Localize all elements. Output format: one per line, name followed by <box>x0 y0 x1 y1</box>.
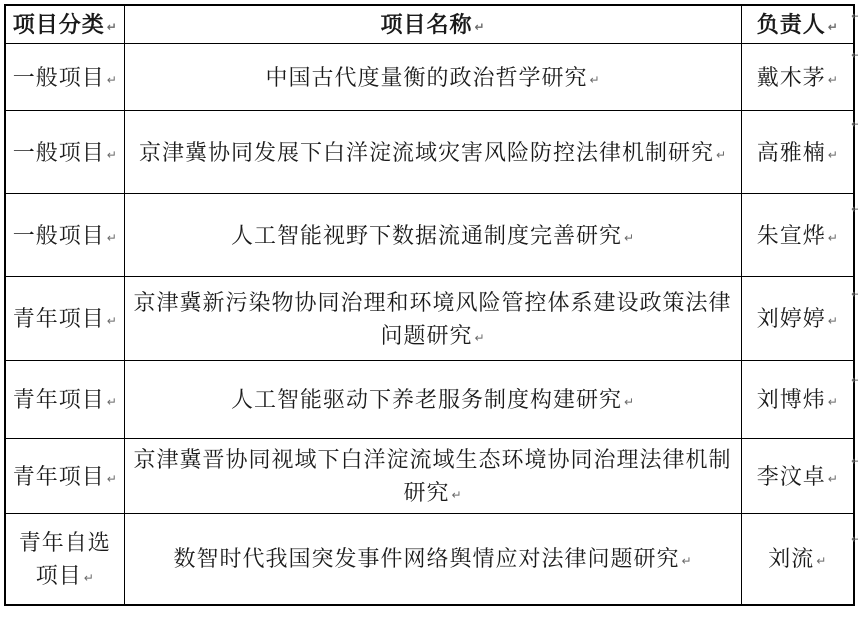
cell-leader: 刘婷婷↵ <box>741 277 854 361</box>
category-text: 一般项目 <box>13 223 105 248</box>
cell-leader: 高雅楠↵ <box>741 111 854 194</box>
project-name-text: 人工智能驱动下养老服务制度构建研究 <box>231 387 622 412</box>
category-text: 青年自选项目 <box>19 530 111 588</box>
project-name-text: 中国古代度量衡的政治哲学研究 <box>265 65 587 90</box>
paragraph-mark-icon: ↵ <box>716 148 726 162</box>
cell-project-name: 数智时代我国突发事件网络舆情应对法律问题研究↵ <box>124 514 741 605</box>
leader-text: 高雅楠 <box>757 140 826 165</box>
paragraph-mark-icon: ↵ <box>828 231 838 245</box>
paragraph-mark-icon: ↵ <box>851 48 858 62</box>
leader-text: 戴木茅 <box>757 65 826 90</box>
paragraph-mark-icon: ↵ <box>624 231 634 245</box>
category-text: 青年项目 <box>13 306 105 331</box>
row-end-marks: ↵ ↵ ↵ ↵ ↵ ↵ ↵ ↵ <box>851 0 858 625</box>
cell-leader: 刘流↵ <box>741 514 854 605</box>
project-name-text: 数智时代我国突发事件网络舆情应对法律问题研究 <box>173 546 679 571</box>
header-leader-label: 负责人 <box>757 12 826 37</box>
paragraph-mark-icon: ↵ <box>624 395 634 409</box>
category-text: 青年项目 <box>13 387 105 412</box>
project-name-text: 京津冀协同发展下白洋淀流域灾害风险防控法律机制研究 <box>139 140 714 165</box>
paragraph-mark-icon: ↵ <box>851 202 858 216</box>
table-row: 青年项目↵ 人工智能驱动下养老服务制度构建研究↵ 刘博炜↵ <box>5 361 854 439</box>
cell-category: 青年项目↵ <box>5 361 124 439</box>
paragraph-mark-icon: ↵ <box>107 148 117 162</box>
paragraph-mark-icon: ↵ <box>851 373 858 387</box>
header-project-category-label: 项目分类 <box>13 12 105 37</box>
cell-project-name: 京津冀新污染物协同治理和环境风险管控体系建设政策法律问题研究↵ <box>124 277 741 361</box>
cell-project-name: 人工智能驱动下养老服务制度构建研究↵ <box>124 361 741 439</box>
header-project-name-label: 项目名称 <box>380 12 472 37</box>
paragraph-mark-icon: ↵ <box>851 287 858 301</box>
cell-project-name: 京津冀协同发展下白洋淀流域灾害风险防控法律机制研究↵ <box>124 111 741 194</box>
project-table: 项目分类↵ 项目名称↵ 负责人↵ 一般项目↵ 中国古代度量衡的政治哲学研究↵ 戴… <box>4 4 855 606</box>
paragraph-mark-icon: ↵ <box>828 472 838 486</box>
paragraph-mark-icon: ↵ <box>851 532 858 546</box>
cell-category: 一般项目↵ <box>5 44 124 111</box>
paragraph-mark-icon: ↵ <box>107 231 117 245</box>
header-project-category: 项目分类↵ <box>5 5 124 44</box>
table-row: 青年项目↵ 京津冀晋协同视域下白洋淀流域生态环境协同治理法律机制研究↵ 李汶卓↵ <box>5 439 854 514</box>
paragraph-mark-icon: ↵ <box>107 472 117 486</box>
cell-category: 青年自选项目↵ <box>5 514 124 605</box>
paragraph-mark-icon: ↵ <box>107 395 117 409</box>
table-row: 青年自选项目↵ 数智时代我国突发事件网络舆情应对法律问题研究↵ 刘流↵ <box>5 514 854 605</box>
leader-text: 刘博炜 <box>757 387 826 412</box>
cell-category: 一般项目↵ <box>5 111 124 194</box>
cell-leader: 李汶卓↵ <box>741 439 854 514</box>
paragraph-mark-icon: ↵ <box>681 554 691 568</box>
cell-project-name: 人工智能视野下数据流通制度完善研究↵ <box>124 194 741 277</box>
paragraph-mark-icon: ↵ <box>107 314 117 328</box>
paragraph-mark-icon: ↵ <box>474 331 484 345</box>
header-project-name: 项目名称↵ <box>124 5 741 44</box>
table-row: 青年项目↵ 京津冀新污染物协同治理和环境风险管控体系建设政策法律问题研究↵ 刘婷… <box>5 277 854 361</box>
paragraph-mark-icon: ↵ <box>851 9 858 23</box>
project-name-text: 人工智能视野下数据流通制度完善研究 <box>231 223 622 248</box>
leader-text: 刘婷婷 <box>757 306 826 331</box>
cell-category: 青年项目↵ <box>5 277 124 361</box>
leader-text: 李汶卓 <box>757 464 826 489</box>
paragraph-mark-icon: ↵ <box>828 148 838 162</box>
cell-leader: 朱宣烨↵ <box>741 194 854 277</box>
cell-leader: 刘博炜↵ <box>741 361 854 439</box>
paragraph-mark-icon: ↵ <box>816 554 826 568</box>
cell-project-name: 中国古代度量衡的政治哲学研究↵ <box>124 44 741 111</box>
paragraph-mark-icon: ↵ <box>851 117 858 131</box>
paragraph-mark-icon: ↵ <box>107 73 117 87</box>
cell-project-name: 京津冀晋协同视域下白洋淀流域生态环境协同治理法律机制研究↵ <box>124 439 741 514</box>
cell-category: 青年项目↵ <box>5 439 124 514</box>
paragraph-mark-icon: ↵ <box>451 488 461 502</box>
category-text: 青年项目 <box>13 464 105 489</box>
category-text: 一般项目 <box>13 65 105 90</box>
leader-text: 刘流 <box>768 546 814 571</box>
cell-leader: 戴木茅↵ <box>741 44 854 111</box>
table-row: 一般项目↵ 中国古代度量衡的政治哲学研究↵ 戴木茅↵ <box>5 44 854 111</box>
paragraph-mark-icon: ↵ <box>474 20 484 34</box>
category-text: 一般项目 <box>13 140 105 165</box>
header-leader: 负责人↵ <box>741 5 854 44</box>
paragraph-mark-icon: ↵ <box>828 73 838 87</box>
paragraph-mark-icon: ↵ <box>84 571 94 585</box>
project-name-text: 京津冀晋协同视域下白洋淀流域生态环境协同治理法律机制研究 <box>133 447 731 505</box>
paragraph-mark-icon: ↵ <box>828 314 838 328</box>
paragraph-mark-icon: ↵ <box>828 395 838 409</box>
leader-text: 朱宣烨 <box>757 223 826 248</box>
paragraph-mark-icon: ↵ <box>828 20 838 34</box>
header-row: 项目分类↵ 项目名称↵ 负责人↵ <box>5 5 854 44</box>
cell-category: 一般项目↵ <box>5 194 124 277</box>
paragraph-mark-icon: ↵ <box>589 73 599 87</box>
paragraph-mark-icon: ↵ <box>851 454 858 468</box>
table-row: 一般项目↵ 人工智能视野下数据流通制度完善研究↵ 朱宣烨↵ <box>5 194 854 277</box>
table-row: 一般项目↵ 京津冀协同发展下白洋淀流域灾害风险防控法律机制研究↵ 高雅楠↵ <box>5 111 854 194</box>
project-name-text: 京津冀新污染物协同治理和环境风险管控体系建设政策法律问题研究 <box>133 290 731 348</box>
paragraph-mark-icon: ↵ <box>107 20 117 34</box>
